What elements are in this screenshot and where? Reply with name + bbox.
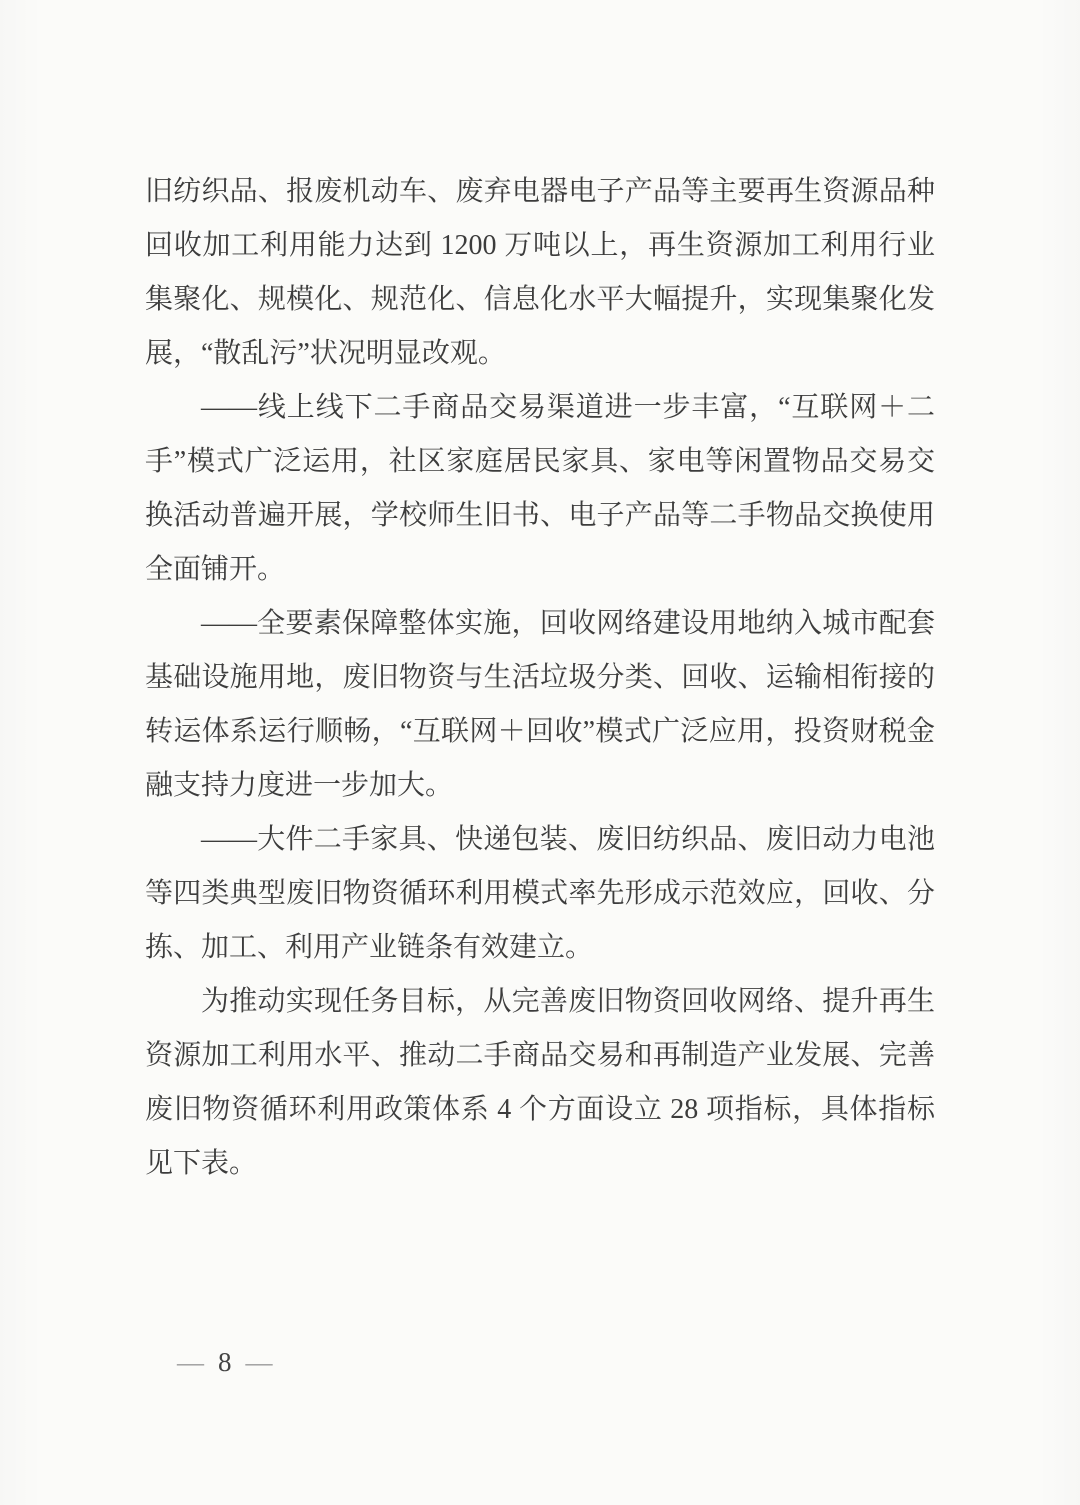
page-number: 8 xyxy=(218,1347,234,1377)
footer-left-dash: — xyxy=(165,1347,218,1377)
page-number-footer: —8— xyxy=(165,1338,287,1386)
paragraph-dash-item-1: ——线上线下二手商品交易渠道进一步丰富，“互联网＋二手”模式广泛运用，社区家庭居… xyxy=(145,381,935,597)
document-body: 旧纺织品、报废机动车、废弃电器电子产品等主要再生资源品种回收加工利用能力达到 1… xyxy=(145,165,935,1191)
document-page: 旧纺织品、报废机动车、废弃电器电子产品等主要再生资源品种回收加工利用能力达到 1… xyxy=(0,0,1080,1505)
paragraph-dash-item-3: ——大件二手家具、快递包装、废旧纺织品、废旧动力电池等四类典型废旧物资循环利用模… xyxy=(145,813,935,975)
paragraph-closing: 为推动实现任务目标，从完善废旧物资回收网络、提升再生资源加工利用水平、推动二手商… xyxy=(145,975,935,1191)
footer-right-dash: — xyxy=(234,1347,287,1377)
paragraph-continuation: 旧纺织品、报废机动车、废弃电器电子产品等主要再生资源品种回收加工利用能力达到 1… xyxy=(145,165,935,381)
paragraph-dash-item-2: ——全要素保障整体实施，回收网络建设用地纳入城市配套基础设施用地，废旧物资与生活… xyxy=(145,597,935,813)
